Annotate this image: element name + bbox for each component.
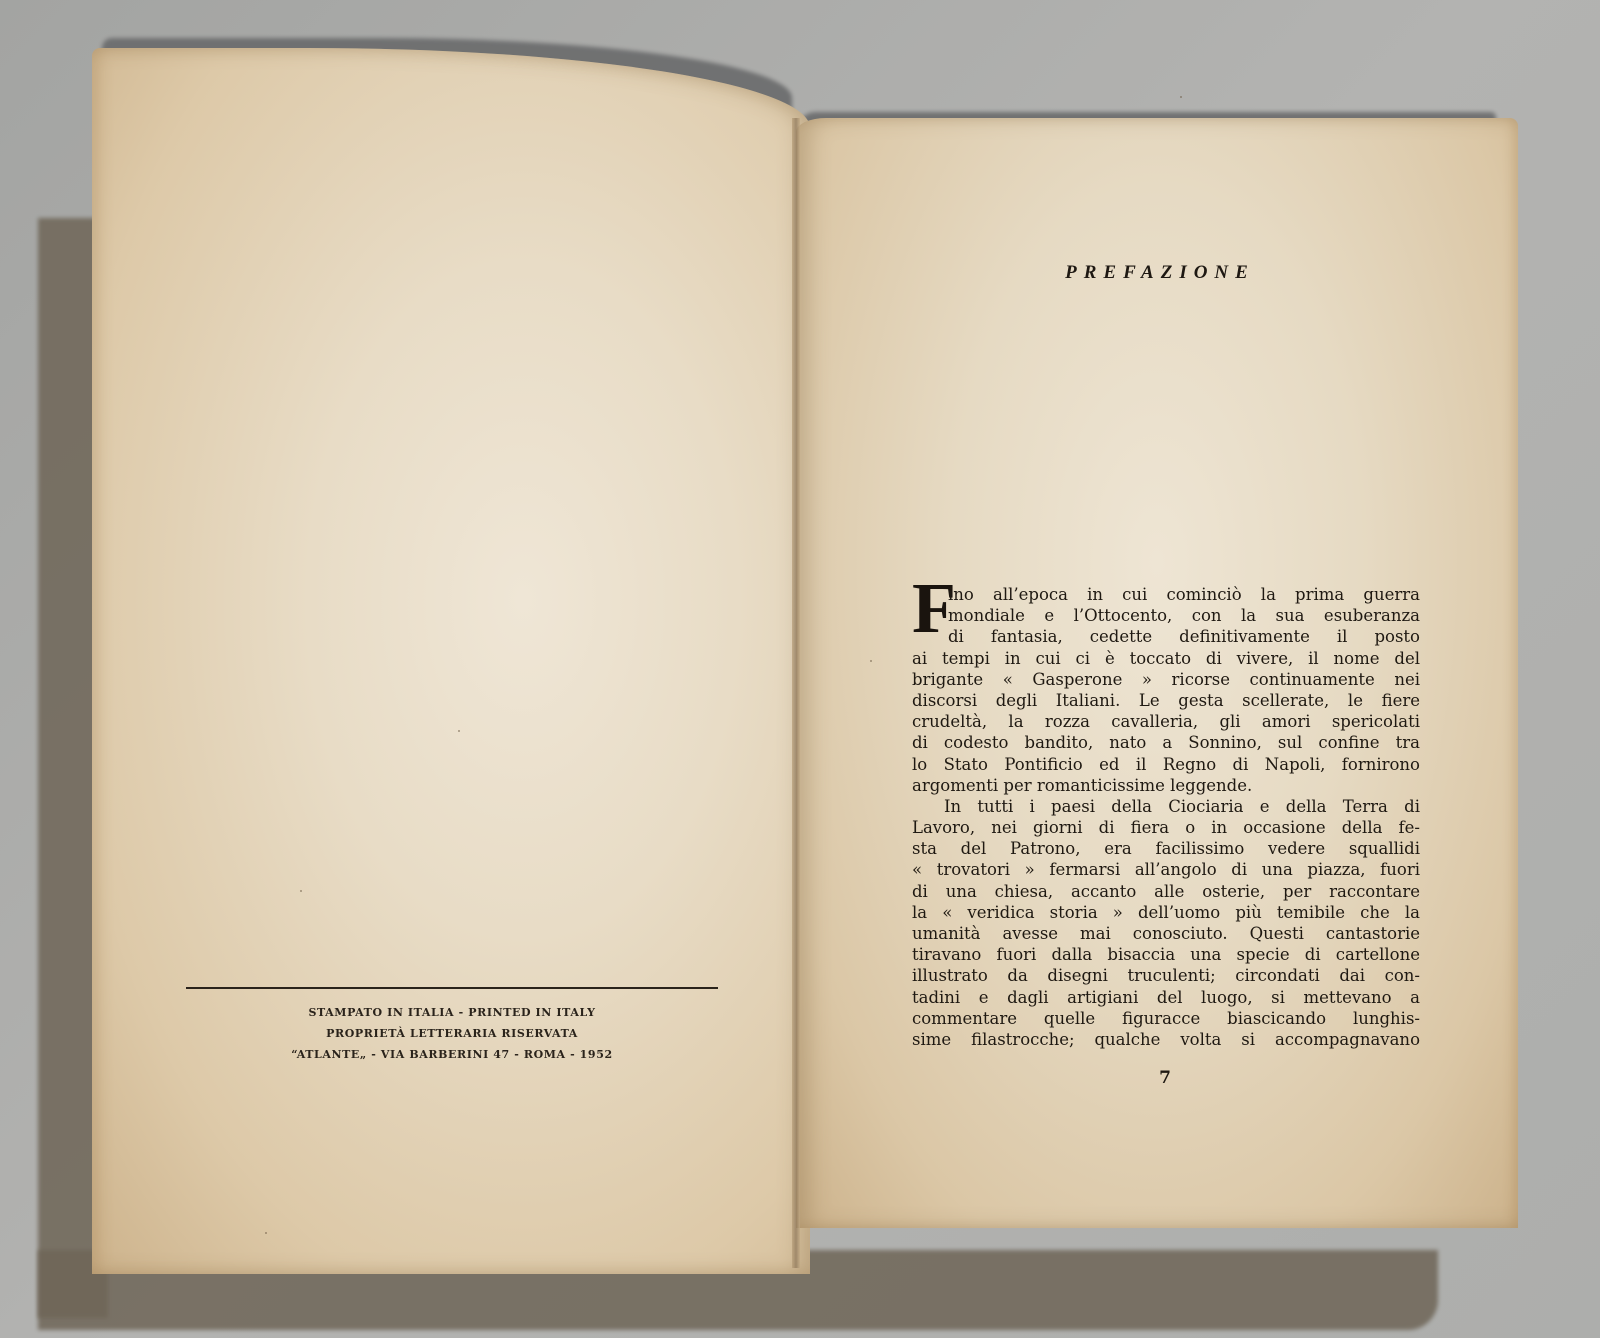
text-line: di codesto bandito, nato a Sonnino, sul … [912,732,1420,753]
text-line: argomenti per romanticissime leggende. [912,775,1420,796]
text-line: mondiale e l’Ottocento, con la sua esube… [912,605,1420,626]
paper-speck [265,1232,267,1234]
text-line: crudeltà, la rozza cavalleria, gli amori… [912,711,1420,732]
imprint-line: STAMPATO IN ITALIA - PRINTED IN ITALY [186,1002,718,1023]
text-line: di fantasia, cedette definitivamente il … [912,626,1420,647]
text-line: sime filastrocche; qualche volta si acco… [912,1029,1420,1050]
text-line: ai tempi in cui ci è toccato di vivere, … [912,648,1420,669]
imprint-line: PROPRIETÀ LETTERARIA RISERVATA [186,1023,718,1044]
text-line: brigante « Gasperone » ricorse continuam… [912,669,1420,690]
paper-speck [300,890,302,892]
text-line: lo Stato Pontificio ed il Regno di Napol… [912,754,1420,775]
text-line: sta del Patrono, era facilissimo vedere … [912,838,1420,859]
imprint-line: “ATLANTE„ - VIA BARBERINI 47 - ROMA - 19… [186,1044,718,1065]
text-line: tiravano fuori dalla bisaccia una specie… [912,944,1420,965]
imprint-block: STAMPATO IN ITALIA - PRINTED IN ITALY PR… [186,1002,718,1065]
text-line: tadini e dagli artigiani del luogo, si m… [912,987,1420,1008]
text-line: « trovatori » fermarsi all’angolo di una… [912,859,1420,880]
imprint-rule [186,987,718,989]
text-line: umanità avesse mai conosciuto. Questi ca… [912,923,1420,944]
paper-speck [1180,96,1182,98]
page-number: 7 [1150,1068,1180,1088]
text-line: discorsi degli Italiani. Le gesta scelle… [912,690,1420,711]
book-gutter [792,118,800,1268]
chapter-title: PREFAZIONE [1000,262,1320,284]
text-line: In tutti i paesi della Ciociaria e della… [912,796,1420,817]
text-line: di una chiesa, accanto alle osterie, per… [912,881,1420,902]
text-line: Lavoro, nei giorni di fiera o in occasio… [912,817,1420,838]
paper-speck [458,730,460,732]
text-line: commentare quelle figuracce biascicando … [912,1008,1420,1029]
text-line: illustrato da disegni truculenti; circon… [912,965,1420,986]
left-page [92,48,810,1274]
text-line: ino all’epoca in cui cominciò la prima g… [912,584,1420,605]
body-text: ino all’epoca in cui cominciò la prima g… [912,584,1420,1050]
paper-speck [870,660,872,662]
text-line: la « veridica storia » dell’uomo più tem… [912,902,1420,923]
